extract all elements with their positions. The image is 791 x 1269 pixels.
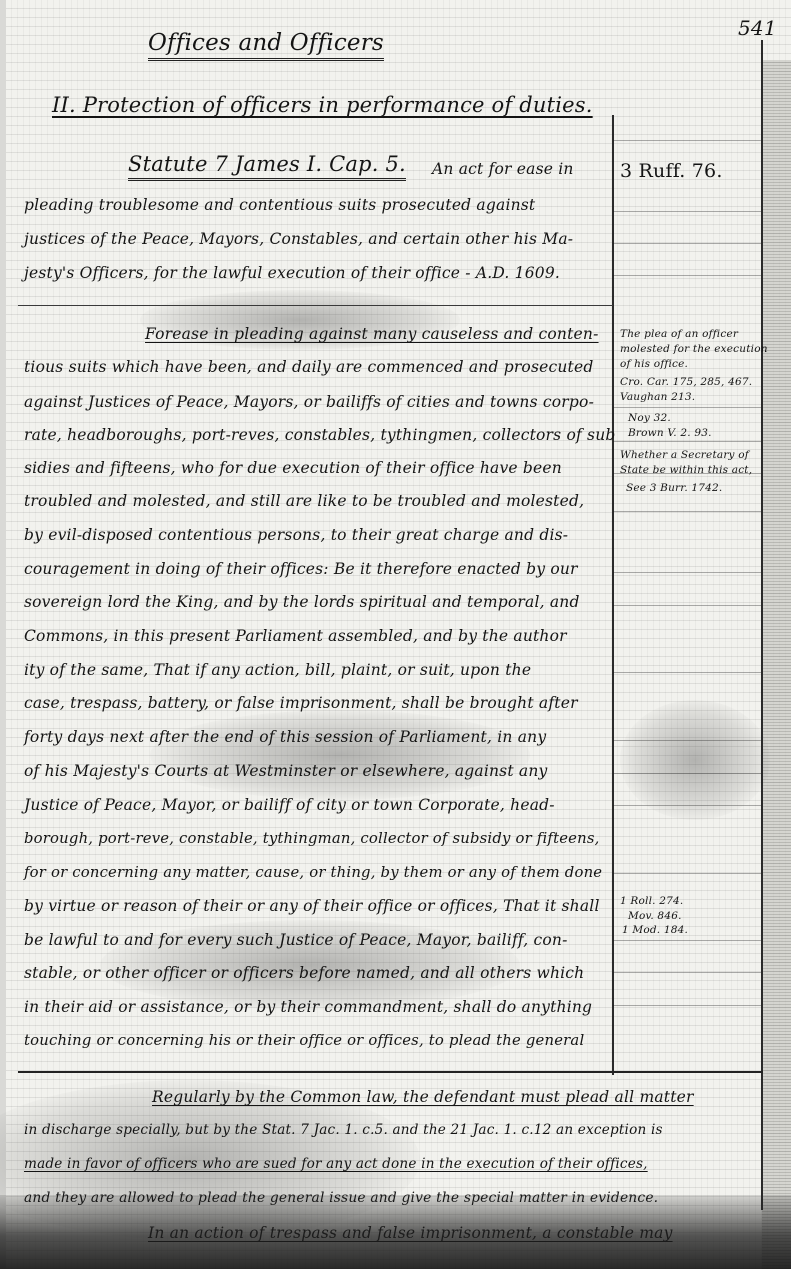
right-column-rule [761,40,763,1210]
body-line: of his Majesty's Courts at Westminster o… [24,762,547,780]
scan-smudge [620,700,770,820]
section-divider [18,1071,763,1073]
ledger-right-strip [762,60,791,1269]
margin-note-line: See 3 Burr. 1742. [626,482,722,494]
body-line: touching or concerning his or their offi… [24,1032,584,1049]
margin-note-line: Vaughan 213. [620,391,695,403]
body-line: borough, port-reve, constable, tythingma… [24,830,600,847]
margin-column-rule [612,115,614,1075]
body-line: against Justices of Peace, Mayors, or ba… [24,393,594,411]
body-line: tious suits which have been, and daily a… [24,358,593,376]
statute-intro-line: An act for ease in [432,160,574,178]
manuscript-page: 541 Offices and Officers II. Protection … [0,0,791,1269]
scan-left-edge [0,0,6,1269]
body-line: case, trespass, battery, or false impris… [24,694,578,712]
body-line: rate, headboroughs, port-reves, constabl… [24,426,616,444]
margin-citation: 1 Roll. 274. [620,895,683,907]
body-line: forty days next after the end of this se… [24,728,546,746]
scan-smudge [150,710,530,800]
body-line: stable, or other officer or officers bef… [24,964,584,982]
scan-bottom-shadow [0,1195,791,1269]
margin-note-line: Whether a Secretary of [620,449,749,461]
margin-note-line: Brown V. 2. 93. [628,427,712,439]
statute-intro-line: pleading troublesome and contentious sui… [24,196,535,214]
margin-citation: Mov. 846. [628,910,682,922]
body-line: sovereign lord the King, and by the lord… [24,593,580,611]
lower-paragraph-line: made in favor of officers who are sued f… [24,1156,648,1172]
body-line: ity of the same, That if any action, bil… [24,661,531,679]
margin-note-line: Cro. Car. 175, 285, 467. [620,376,752,388]
statute-intro-line: justices of the Peace, Mayors, Constable… [24,230,573,248]
intro-divider [18,305,613,306]
statute-intro-line: jesty's Officers, for the lawful executi… [24,264,560,282]
margin-note-line: The plea of an officer [620,328,738,340]
body-line: for or concerning any matter, cause, or … [24,864,602,881]
section-heading: II. Protection of officers in performanc… [52,93,593,117]
body-line: couragement in doing of their offices: B… [24,560,578,578]
statute-heading: Statute 7 James I. Cap. 5. [128,152,406,181]
body-line: by evil-disposed contentious persons, to… [24,526,568,544]
margin-note-line: molested for the execution [620,343,768,355]
body-line: be lawful to and for every such Justice … [24,931,568,949]
margin-note-line: Noy 32. [628,412,671,424]
body-line: sidies and fifteens, who for due executi… [24,459,562,477]
lower-paragraph-line: Regularly by the Common law, the defenda… [152,1088,694,1106]
body-line: Commons, in this present Parliament asse… [24,627,567,645]
page-number: 541 [738,16,777,40]
margin-note-line: State be within this act, [620,464,752,476]
body-line: by virtue or reason of their or any of t… [24,897,600,915]
lower-paragraph-line: in discharge specially, but by the Stat.… [24,1122,663,1138]
body-line: troubled and molested, and still are lik… [24,492,584,510]
running-title: Offices and Officers [148,30,384,61]
body-line: in their aid or assistance, or by their … [24,998,592,1016]
margin-citation-top: 3 Ruff. 76. [620,160,723,182]
margin-note-line: of his office. [620,358,688,370]
body-line: Justice of Peace, Mayor, or bailiff of c… [24,796,555,814]
body-line: Forease in pleading against many causele… [145,325,599,343]
margin-citation: 1 Mod. 184. [622,924,688,936]
